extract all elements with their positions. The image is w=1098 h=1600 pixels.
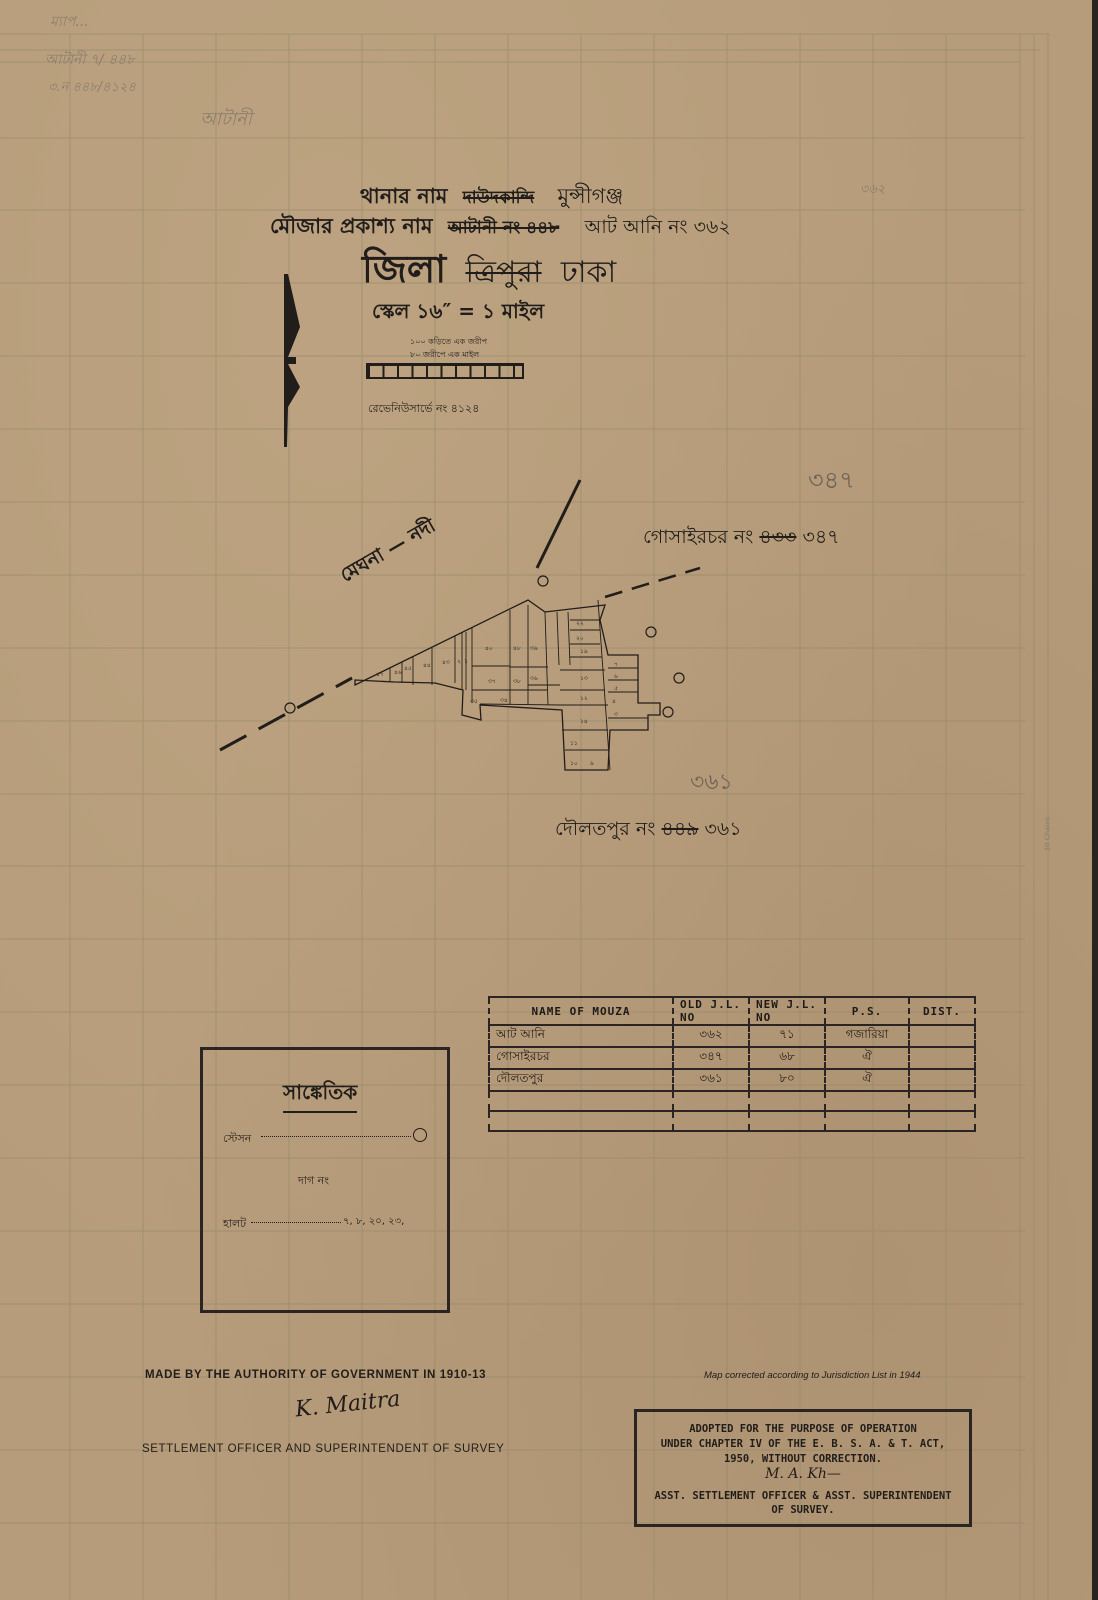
cell-dist: [909, 1069, 975, 1091]
district-line: জিলা ত্রিপুরা ঢাকা: [362, 240, 616, 304]
neighbor-north-label: গোসাইরচর নং ৪৩৩ ৩৪৭: [643, 523, 840, 555]
scale-note: ৮০ জরীপে এক মাইল: [410, 349, 479, 362]
svg-text:১৯: ১৯: [580, 648, 588, 655]
svg-text:৪৫: ৪৫: [404, 665, 412, 672]
district-new: ঢাকা: [561, 255, 616, 290]
svg-text:১৩: ১৩: [580, 675, 588, 682]
neighbor-south-old-no: ৪৪৯: [662, 818, 699, 840]
table-row-empty: [489, 1091, 975, 1111]
pencil-note: আটানী: [200, 105, 252, 136]
svg-text:৩৭: ৩৭: [488, 678, 496, 685]
pencil-note: আটানী ৭/ ৪৪৮: [45, 48, 135, 72]
stamp-title: OF SURVEY.: [637, 1504, 969, 1516]
pencil-note-gosairchar: ৩৪৭: [808, 462, 855, 502]
svg-text:৩৫: ৩৫: [470, 698, 478, 705]
svg-text:৪৮: ৪৮: [513, 645, 521, 652]
svg-text:৩৪: ৩৪: [500, 697, 508, 704]
svg-text:৭: ৭: [614, 661, 618, 668]
cell-dist: [909, 1025, 975, 1047]
legend-halot-leader: [251, 1222, 341, 1223]
svg-text:৩৯: ৩৯: [530, 645, 538, 652]
svg-text:২০: ২০: [576, 635, 584, 642]
svg-text:২: ২: [457, 658, 461, 665]
svg-text:৪৩: ৪৩: [442, 659, 450, 666]
mouza-table: NAME OF MOUZA OLD J.L. NO NEW J.L. NO P.…: [488, 996, 976, 1132]
svg-text:১০: ১০: [570, 760, 578, 767]
cell-ps: গজারিয়া: [825, 1025, 909, 1047]
table-header-row: NAME OF MOUZA OLD J.L. NO NEW J.L. NO P.…: [489, 997, 975, 1025]
scale-title: স্কেল ১৬″ = ১ মাইল: [372, 297, 544, 330]
authority-note: MADE BY THE AUTHORITY OF GOVERNMENT IN 1…: [145, 1369, 486, 1381]
mouza-new: আট আনি নং ৩৬২: [585, 216, 731, 238]
neighbor-north-old-no: ৪৩৩: [759, 526, 796, 548]
district-old: ত্রিপুরা: [465, 255, 541, 290]
legend-halot-values: ৭, ৮, ২০, ২৩,: [343, 1214, 404, 1231]
neighbor-north-name: গোসাইরচর নং: [643, 526, 753, 548]
cell-ps: ঐ: [825, 1069, 909, 1091]
edge-label: 30 Chains: [1043, 817, 1051, 852]
svg-text:২২: ২২: [576, 620, 584, 627]
header-ps: P.S.: [825, 997, 909, 1025]
pencil-note: ৩.ন ৪৪৮/৪১২৪: [48, 78, 136, 99]
svg-text:৩৬: ৩৬: [530, 675, 538, 682]
header-name-of-mouza: NAME OF MOUZA: [489, 997, 673, 1025]
svg-text:৬: ৬: [614, 673, 618, 680]
district-label: জিলা: [362, 247, 446, 291]
cell-mouza: আট আনি: [489, 1025, 673, 1047]
cell-old-jl: ৩৬১: [673, 1069, 749, 1091]
svg-text:১৪: ১৪: [580, 718, 588, 725]
pencil-note: ম্যাপ...: [50, 10, 89, 34]
legend-box: সাঙ্কেতিক স্টেসন দাগ নং হালট ৭, ৮, ২০, ২…: [200, 1047, 450, 1313]
neighbor-north-new-no: ৩৪৭: [802, 526, 839, 548]
legend-station-label: স্টেসন: [223, 1130, 251, 1149]
table-row: দৌলতপুর ৩৬১ ৮০ ঐ: [489, 1069, 975, 1091]
scale-note: ১০০ কড়িতে এক জরীপ: [410, 336, 487, 349]
adoption-stamp: ADOPTED FOR THE PURPOSE OF OPERATION UND…: [634, 1409, 972, 1527]
table-row: আট আনি ৩৬২ ৭১ গজারিয়া: [489, 1025, 975, 1047]
neighbor-south-label: দৌলতপুর নং ৪৪৯ ৩৬১: [555, 815, 742, 847]
cell-new-jl: ৬৮: [749, 1047, 825, 1069]
north-arrow-icon: [276, 272, 306, 452]
thana-label: থানার নাম: [360, 184, 447, 208]
thana-new: মুন্সীগঞ্জ: [557, 184, 623, 208]
cell-ps: ঐ: [825, 1047, 909, 1069]
legend-halot-label: হালট: [223, 1215, 246, 1234]
table-row-empty: [489, 1111, 975, 1131]
thana-old: দাউদকান্দি: [463, 188, 534, 208]
header-old-jl-no: OLD J.L. NO: [673, 997, 749, 1025]
svg-text:৩৮: ৩৮: [513, 678, 521, 685]
svg-text:৫: ৫: [614, 685, 618, 692]
table-row: গোসাইরচর ৩৪৭ ৬৮ ঐ: [489, 1047, 975, 1069]
cell-mouza: দৌলতপুর: [489, 1069, 673, 1091]
svg-text:৯: ৯: [590, 760, 594, 767]
svg-text:৩: ৩: [614, 711, 618, 718]
cell-old-jl: ৩৬২: [673, 1025, 749, 1047]
svg-text:১১: ১১: [570, 740, 578, 747]
header-dist: DIST.: [909, 997, 975, 1025]
legend-dag-label: দাগ নং: [298, 1172, 329, 1191]
settlement-officer-title: SETTLEMENT OFFICER AND SUPERINTENDENT OF…: [142, 1443, 504, 1455]
legend-station-leader: [261, 1136, 411, 1137]
neighbor-south-name: দৌলতপুর নং: [555, 818, 655, 840]
cell-old-jl: ৩৪৭: [673, 1047, 749, 1069]
scale-bar: [366, 363, 524, 379]
svg-text:৪৪: ৪৪: [423, 662, 431, 669]
stamp-line: ADOPTED FOR THE PURPOSE OF OPERATION: [637, 1422, 969, 1437]
stamp-line: UNDER CHAPTER IV OF THE E. B. S. A. & T.…: [637, 1437, 969, 1452]
cell-mouza: গোসাইরচর: [489, 1047, 673, 1069]
station-circle-icon: [413, 1128, 427, 1142]
mouza-label: মৌজার প্রকাশ্য নাম: [270, 214, 433, 238]
pencil-note: ৩৬২: [860, 180, 885, 201]
neighbor-south-new-no: ৩৬১: [705, 818, 742, 840]
header-new-jl-no: NEW J.L. NO: [749, 997, 825, 1025]
cell-new-jl: ৮০: [749, 1069, 825, 1091]
stamp-line: 1950, WITHOUT CORRECTION.: [637, 1452, 969, 1467]
mouza-map: ৪৭৪৬৪৫ ৪৪৪৩২১ ৪০৪৮৩৯ ৩৭৩৮৩৬ ৩৪৩৫ ২২২০১৯ …: [200, 470, 760, 790]
correction-note: Map corrected according to Jurisdiction …: [704, 1370, 921, 1381]
cell-new-jl: ৭১: [749, 1025, 825, 1047]
svg-text:৪০: ৪০: [485, 645, 493, 652]
svg-text:৪৭: ৪৭: [376, 671, 384, 678]
cell-dist: [909, 1047, 975, 1069]
legend-title: সাঙ্কেতিক: [283, 1078, 357, 1113]
svg-text:১২: ১২: [580, 695, 588, 702]
stamp-title: ASST. SETTLEMENT OFFICER & ASST. SUPERIN…: [637, 1489, 969, 1504]
stamp-signature: M. A. Kh—: [637, 1467, 969, 1485]
svg-text:৪: ৪: [612, 698, 616, 705]
svg-text:৪৬: ৪৬: [394, 669, 402, 676]
revenue-survey-number: রেভেনিউসার্ভে নং ৪১২৪: [368, 400, 479, 419]
svg-text:১: ১: [464, 658, 468, 665]
mouza-old: আটানী নং ৪৪৮: [448, 218, 559, 238]
